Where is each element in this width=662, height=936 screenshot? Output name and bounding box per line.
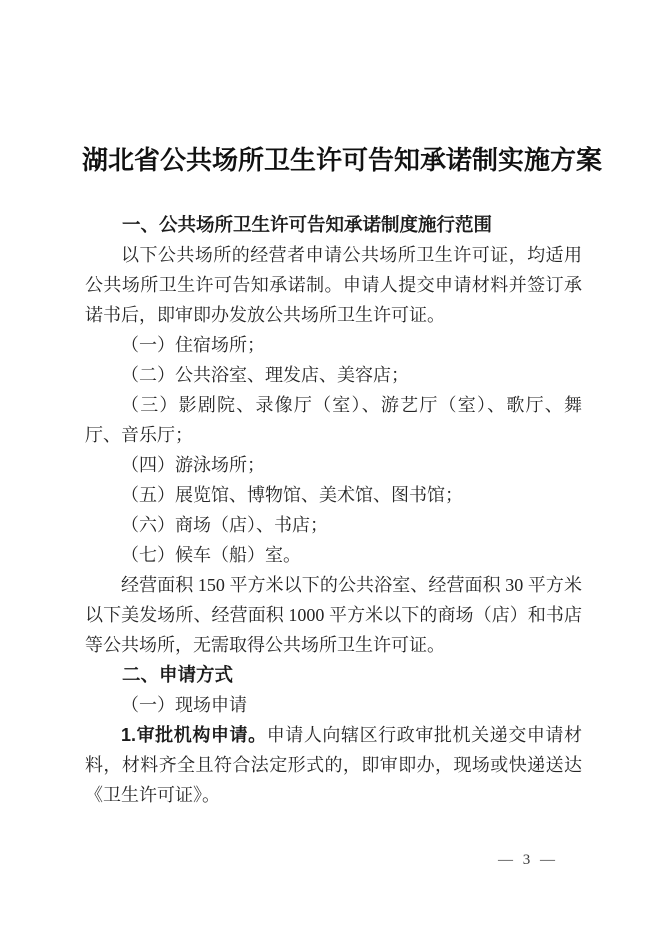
paragraph-heading: 二、申请方式 <box>85 660 582 690</box>
paragraph-kai: （一）现场申请 <box>85 690 582 720</box>
paragraph-text: （一）住宿场所； <box>121 335 265 355</box>
paragraph-text: （四）游泳场所； <box>121 455 265 475</box>
paragraph-lead: 1.审批机构申请。 <box>121 725 267 745</box>
paragraph-item: （六）商场（店）、书店； <box>85 510 582 540</box>
page-number: — 3 — <box>0 850 558 870</box>
paragraph-item: （一）住宿场所； <box>85 330 582 360</box>
paragraph-item: （七）候车（船）室。 <box>85 540 582 570</box>
paragraph-body: 1.审批机构申请。申请人向辖区行政审批机关递交申请材料，材料齐全且符合法定形式的… <box>85 720 582 810</box>
document-page: 湖北省公共场所卫生许可告知承诺制实施方案 一、公共场所卫生许可告知承诺制度施行范… <box>0 0 662 936</box>
paragraph-body: 以下公共场所的经营者申请公共场所卫生许可证，均适用公共场所卫生许可告知承诺制。申… <box>85 240 582 330</box>
paragraph-body: 经营面积 150 平方米以下的公共浴室、经营面积 30 平方米以下美发场所、经营… <box>85 570 582 660</box>
paragraph-text: （二）公共浴室、理发店、美容店； <box>121 365 409 385</box>
paragraph-text: 以下公共场所的经营者申请公共场所卫生许可证，均适用公共场所卫生许可告知承诺制。申… <box>85 245 582 325</box>
paragraph-item: （四）游泳场所； <box>85 450 582 480</box>
paragraph-text: （七）候车（船）室。 <box>121 545 301 565</box>
paragraph-item: （二）公共浴室、理发店、美容店； <box>85 360 582 390</box>
paragraph-text: 二、申请方式 <box>122 664 233 685</box>
paragraph-item: （五）展览馆、博物馆、美术馆、图书馆； <box>85 480 582 510</box>
paragraph-text: （五）展览馆、博物馆、美术馆、图书馆； <box>121 485 463 505</box>
document-title: 湖北省公共场所卫生许可告知承诺制实施方案 <box>82 144 580 178</box>
paragraph-heading: 一、公共场所卫生许可告知承诺制度施行范围 <box>85 210 582 240</box>
paragraph-text: （三）影剧院、录像厅（室）、游艺厅（室）、歌厅、舞厅、音乐厅； <box>85 395 582 445</box>
paragraph-text: （一）现场申请 <box>121 695 247 715</box>
paragraph-text: （六）商场（店）、书店； <box>121 515 328 535</box>
document-body: 一、公共场所卫生许可告知承诺制度施行范围以下公共场所的经营者申请公共场所卫生许可… <box>85 210 582 810</box>
paragraph-text: 经营面积 150 平方米以下的公共浴室、经营面积 30 平方米以下美发场所、经营… <box>85 575 582 655</box>
paragraph-text: 一、公共场所卫生许可告知承诺制度施行范围 <box>122 214 492 235</box>
paragraph-item: （三）影剧院、录像厅（室）、游艺厅（室）、歌厅、舞厅、音乐厅； <box>85 390 582 450</box>
